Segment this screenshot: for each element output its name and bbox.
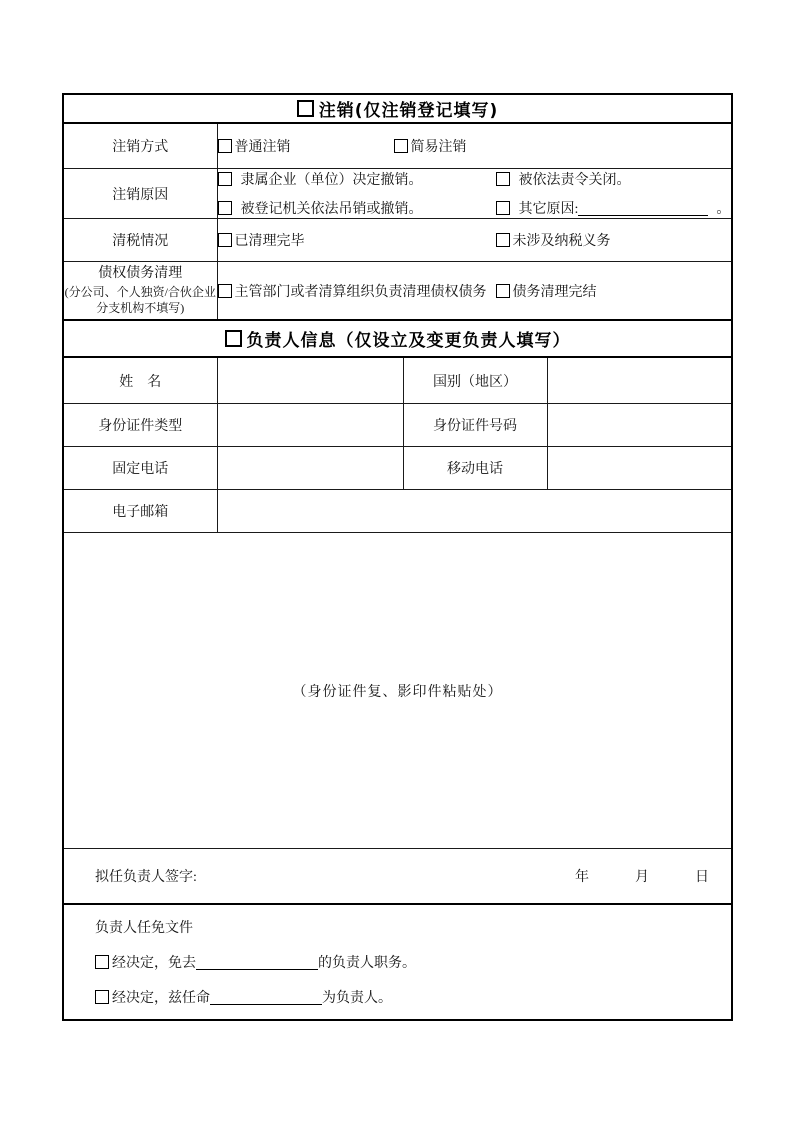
debt-clearing-label-note: (分公司、个人独资/合伙企业分支机构不填写)	[64, 284, 217, 316]
option-label: 债务清理完结	[513, 281, 597, 301]
mobile-label: 移动电话	[403, 447, 547, 490]
mobile-input-cell[interactable]	[547, 447, 732, 490]
checkbox-icon	[218, 233, 232, 247]
checkbox-icon	[95, 955, 109, 969]
option-label: 简易注销	[411, 136, 467, 156]
debt-clearing-label-title: 债权债务清理	[98, 266, 182, 281]
email-input-cell[interactable]	[217, 490, 732, 533]
dismiss-suffix: 的负责人职务。	[318, 952, 416, 972]
checkbox-option-parent-decision[interactable]: 隶属企业（单位）决定撤销。	[218, 169, 496, 189]
checkbox-icon	[218, 201, 232, 215]
cancel-reason-label: 注销原因	[63, 169, 217, 219]
checkbox-option-ordered-close[interactable]: 被依法责令关闭。	[496, 169, 631, 189]
dismiss-name-blank[interactable]	[196, 955, 318, 970]
checkbox-option-appoint[interactable]: 经决定，兹任命为负责人。	[95, 987, 392, 1007]
checkbox-icon	[218, 172, 232, 186]
signature-label: 拟任负责人签字:	[95, 866, 197, 886]
country-input-cell[interactable]	[547, 357, 732, 404]
name-label: 姓 名	[63, 357, 217, 404]
cancellation-section-checkbox[interactable]	[297, 100, 314, 117]
photo-paste-area: （身份证件复、影印件粘贴处）	[63, 533, 732, 849]
day-label: 日	[695, 866, 709, 886]
option-label: 未涉及纳税义务	[513, 230, 611, 250]
option-label: 其它原因:	[519, 198, 579, 218]
checkbox-icon	[496, 201, 510, 215]
tax-status-label: 清税情况	[63, 219, 217, 262]
email-label: 电子邮箱	[63, 490, 217, 533]
checkbox-icon	[95, 990, 109, 1004]
other-reason-suffix: 。	[716, 198, 730, 218]
id-type-label: 身份证件类型	[63, 404, 217, 447]
option-label: 主管部门或者清算组织负责清理债权债务	[235, 281, 487, 301]
signature-row: 拟任负责人签字: 年 月 日	[63, 849, 732, 905]
checkbox-option-debt-org[interactable]: 主管部门或者清算组织负责清理债权债务	[218, 281, 496, 301]
name-input-cell[interactable]	[217, 357, 403, 404]
checkbox-icon	[218, 284, 232, 298]
option-label: 被依法责令关闭。	[519, 169, 631, 189]
option-label: 隶属企业（单位）决定撤销。	[241, 169, 423, 189]
year-label: 年	[575, 866, 589, 886]
checkbox-option-debt-done[interactable]: 债务清理完结	[496, 281, 597, 301]
option-label: 被登记机关依法吊销或撤销。	[241, 198, 423, 218]
checkbox-option-simple-cancel[interactable]: 简易注销	[394, 136, 467, 156]
checkbox-option-dismiss[interactable]: 经决定，免去的负责人职务。	[95, 952, 416, 972]
checkbox-icon	[496, 284, 510, 298]
id-number-label: 身份证件号码	[403, 404, 547, 447]
id-number-input-cell[interactable]	[547, 404, 732, 447]
option-label: 普通注销	[235, 136, 291, 156]
appoint-name-blank[interactable]	[210, 990, 322, 1005]
checkbox-icon	[496, 172, 510, 186]
appoint-prefix: 经决定，兹任命	[112, 987, 210, 1007]
checkbox-option-normal-cancel[interactable]: 普通注销	[218, 136, 394, 156]
checkbox-icon	[394, 139, 408, 153]
dismiss-prefix: 经决定，免去	[112, 952, 196, 972]
cancellation-section-header: 注销(仅注销登记填写)	[63, 94, 732, 123]
appointment-section: 负责人任免文件 经决定，免去的负责人职务。 经决定，兹任命为负责人。	[63, 904, 732, 1020]
checkbox-option-tax-cleared[interactable]: 已清理完毕	[218, 230, 496, 250]
checkbox-icon	[218, 139, 232, 153]
month-label: 月	[635, 866, 649, 886]
cancellation-section-title: 注销(仅注销登记填写)	[319, 101, 499, 121]
landline-input-cell[interactable]	[217, 447, 403, 490]
cancel-method-label: 注销方式	[63, 123, 217, 169]
photo-paste-hint: （身份证件复、影印件粘贴处）	[293, 685, 503, 700]
appoint-suffix: 为负责人。	[322, 987, 392, 1007]
checkbox-option-tax-not-involved[interactable]: 未涉及纳税义务	[496, 230, 611, 250]
other-reason-blank[interactable]	[578, 201, 708, 216]
country-label: 国别（地区）	[403, 357, 547, 404]
id-type-input-cell[interactable]	[217, 404, 403, 447]
appointment-title: 负责人任免文件	[95, 917, 731, 937]
person-info-section-title: 负责人信息（仅设立及变更负责人填写）	[247, 331, 571, 351]
debt-clearing-label: 债权债务清理 (分公司、个人独资/合伙企业分支机构不填写)	[63, 262, 217, 321]
landline-label: 固定电话	[63, 447, 217, 490]
form-page: 注销(仅注销登记填写) 注销方式 普通注销 简易注销	[0, 0, 793, 1122]
person-info-section-header: 负责人信息（仅设立及变更负责人填写）	[63, 320, 732, 357]
checkbox-option-other-reason[interactable]: 其它原因:。	[496, 198, 731, 218]
signature-date: 年 月 日	[575, 866, 709, 886]
checkbox-icon	[496, 233, 510, 247]
person-info-section-checkbox[interactable]	[225, 330, 242, 347]
registration-form-table: 注销(仅注销登记填写) 注销方式 普通注销 简易注销	[62, 93, 733, 1021]
option-label: 已清理完毕	[235, 230, 305, 250]
checkbox-option-revoked[interactable]: 被登记机关依法吊销或撤销。	[218, 198, 496, 218]
